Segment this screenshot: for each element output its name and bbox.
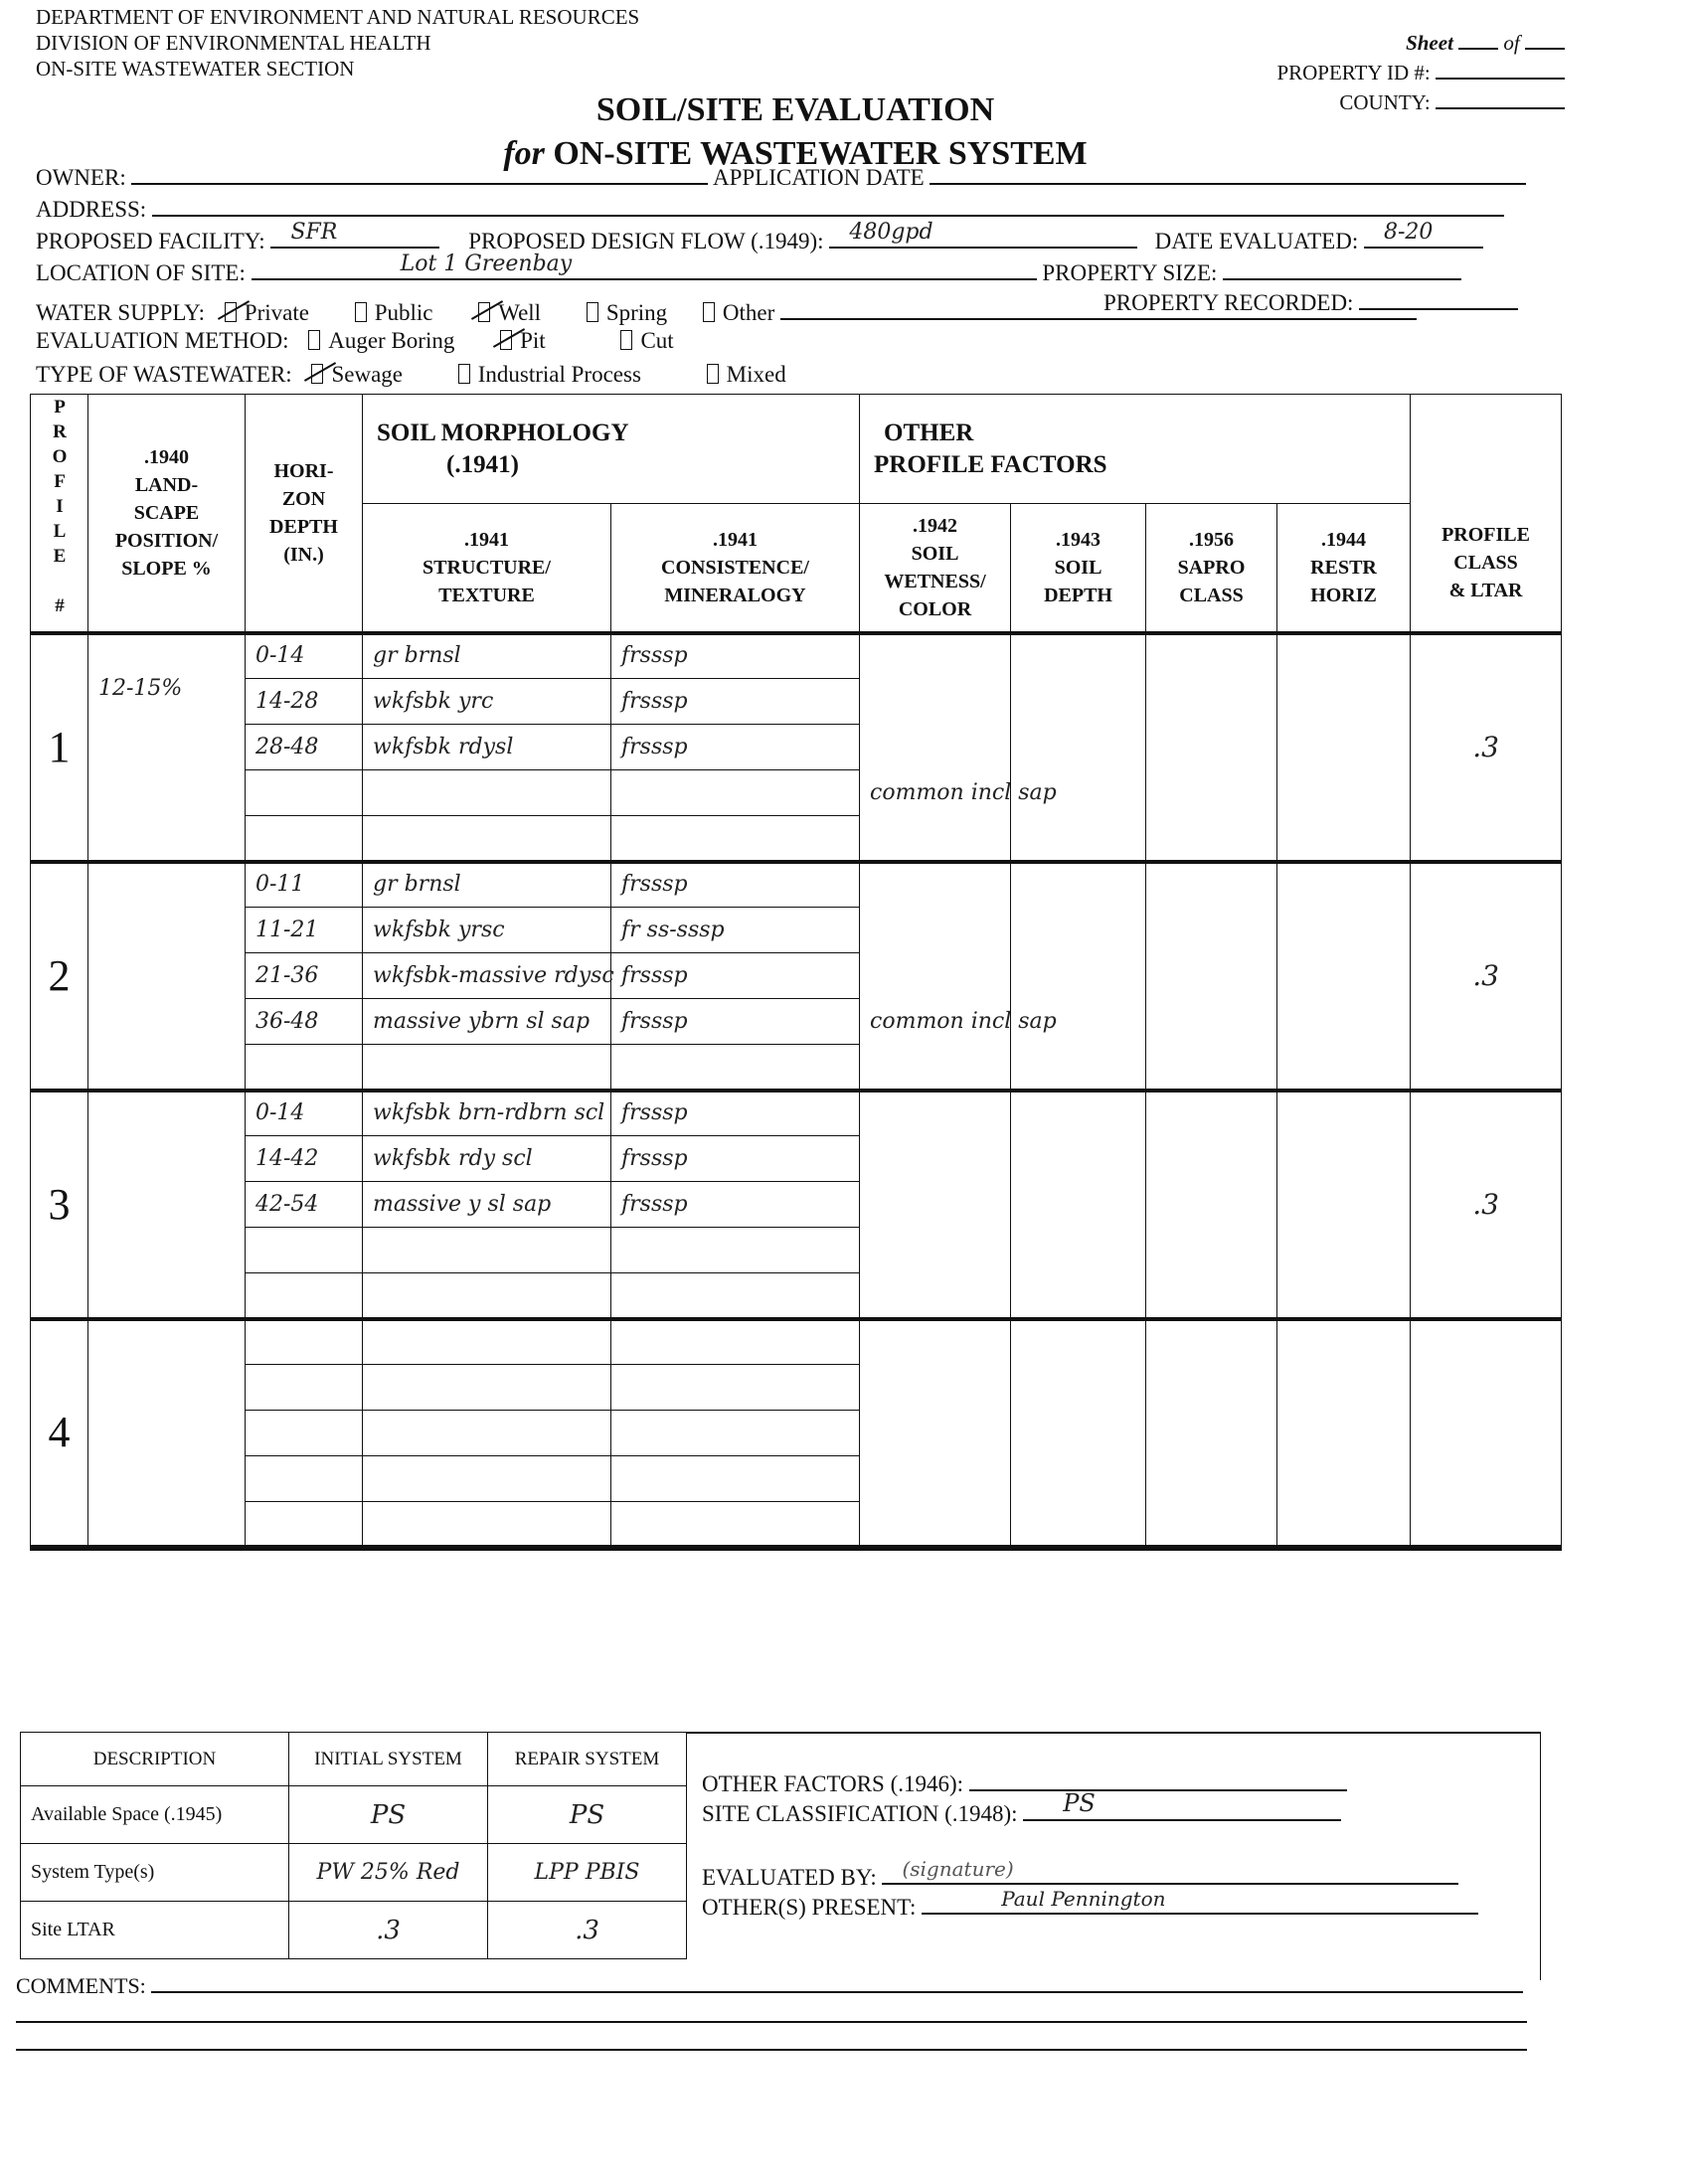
profile-number: 2 xyxy=(31,862,88,1091)
landscape-slope-cell[interactable]: 12-15% xyxy=(88,633,246,862)
landscape-slope-cell[interactable] xyxy=(88,1319,246,1548)
horizon-depth-cell[interactable]: 0-14 xyxy=(246,633,363,679)
property-size-field[interactable] xyxy=(1223,258,1461,280)
summary-header-description: DESCRIPTION xyxy=(21,1733,289,1786)
horizon-depth-cell[interactable] xyxy=(246,1456,363,1502)
horizon-depth-cell[interactable] xyxy=(246,1365,363,1411)
sheet-number-field[interactable] xyxy=(1458,32,1498,50)
consistence-mineralogy-cell[interactable]: frsssp xyxy=(611,633,860,679)
checkbox-auger-boring[interactable] xyxy=(308,330,320,350)
evaluated-by-label: EVALUATED BY: xyxy=(702,1865,877,1890)
checkbox-industrial-process[interactable] xyxy=(458,364,470,384)
location-row: LOCATION OF SITE: Lot 1 Greenbay PROPERT… xyxy=(36,258,1461,286)
summary-header-repair: REPAIR SYSTEM xyxy=(488,1733,687,1786)
application-date-label: APPLICATION DATE xyxy=(713,165,925,190)
header-profile-number: PROFILE # xyxy=(31,395,88,633)
header-horizon-depth: HORI-ZONDEPTH(IN.) xyxy=(246,395,363,633)
checkbox-public[interactable] xyxy=(355,302,367,322)
available-space-repair[interactable]: PS xyxy=(488,1786,687,1844)
horizon-depth-cell[interactable] xyxy=(246,816,363,862)
agency-header: DEPARTMENT OF ENVIRONMENT AND NATURAL RE… xyxy=(36,4,639,82)
header-landscape: .1940LAND-SCAPEPOSITION/SLOPE % xyxy=(88,395,246,633)
consistence-mineralogy-cell[interactable]: fr ss-sssp xyxy=(611,908,860,953)
summary-header-initial: INITIAL SYSTEM xyxy=(289,1733,488,1786)
owner-label: OWNER: xyxy=(36,165,126,190)
consistence-mineralogy-cell[interactable]: frsssp xyxy=(611,1091,860,1136)
table-row: 20-11gr brnslfrssspcommon incl sap.3 xyxy=(31,862,1562,908)
other-water-supply-field[interactable] xyxy=(780,298,1417,320)
agency-line: DEPARTMENT OF ENVIRONMENT AND NATURAL RE… xyxy=(36,4,639,30)
checkbox-pit[interactable] xyxy=(500,330,512,350)
horizon-depth-cell[interactable]: 42-54 xyxy=(246,1182,363,1228)
landscape-slope-cell[interactable] xyxy=(88,1091,246,1319)
consistence-mineralogy-cell[interactable] xyxy=(611,1228,860,1273)
header-structure-texture: .1941STRUCTURE/TEXTURE xyxy=(363,504,611,633)
consistence-mineralogy-cell[interactable] xyxy=(611,1319,860,1365)
horizon-depth-cell[interactable]: 0-14 xyxy=(246,1091,363,1136)
other-factors-label: OTHER FACTORS (.1946): xyxy=(702,1771,963,1796)
proposed-facility-field[interactable]: SFR xyxy=(270,227,439,249)
restr-horiz-cell[interactable] xyxy=(1277,862,1411,1091)
structure-texture-cell[interactable]: wkfsbk rdy scl xyxy=(363,1136,611,1182)
table-row: 30-14wkfsbk brn-rdbrn sclfrsssp.3 xyxy=(31,1091,1562,1136)
structure-texture-cell[interactable]: massive y sl sap xyxy=(363,1182,611,1228)
proposed-facility-label: PROPOSED FACILITY: xyxy=(36,229,265,253)
agency-line: ON-SITE WASTEWATER SECTION xyxy=(36,56,639,82)
structure-texture-cell[interactable] xyxy=(363,1502,611,1548)
site-classification-box: OTHER FACTORS (.1946): SITE CLASSIFICATI… xyxy=(686,1732,1541,1980)
table-row: 112-15%0-14gr brnslfrssspcommon incl sap… xyxy=(31,633,1562,679)
profile-class-ltar-cell[interactable]: .3 xyxy=(1411,1091,1562,1319)
soil-depth-cell[interactable] xyxy=(1011,1091,1146,1319)
restr-horiz-cell[interactable] xyxy=(1277,1091,1411,1319)
header-soil-depth: .1943SOILDEPTH xyxy=(1011,504,1146,633)
structure-texture-cell[interactable]: gr brnsl xyxy=(363,862,611,908)
horizon-depth-cell[interactable] xyxy=(246,1273,363,1319)
evaluation-method-label: EVALUATION METHOD: xyxy=(36,328,288,353)
soil-wetness-cell[interactable] xyxy=(860,1091,1011,1319)
landscape-slope-cell[interactable] xyxy=(88,862,246,1091)
header-other-profile-factors: OTHERPROFILE FACTORS xyxy=(860,395,1411,504)
consistence-mineralogy-cell[interactable] xyxy=(611,816,860,862)
consistence-mineralogy-cell[interactable]: frsssp xyxy=(611,1136,860,1182)
system-type-initial[interactable]: PW 25% Red xyxy=(289,1844,488,1902)
checkbox-sewage[interactable] xyxy=(311,364,323,384)
checkbox-private[interactable] xyxy=(225,302,237,322)
site-classification-field[interactable]: PS xyxy=(1023,1803,1341,1821)
horizon-depth-cell[interactable] xyxy=(246,1228,363,1273)
profile-number: 1 xyxy=(31,633,88,862)
horizon-depth-cell[interactable]: 21-36 xyxy=(246,953,363,999)
owner-field[interactable] xyxy=(131,163,708,185)
horizon-depth-cell[interactable] xyxy=(246,1045,363,1091)
horizon-depth-cell[interactable] xyxy=(246,1319,363,1365)
address-label: ADDRESS: xyxy=(36,197,146,222)
structure-texture-cell[interactable]: wkfsbk rdysl xyxy=(363,725,611,770)
address-field[interactable] xyxy=(152,195,1504,217)
property-id-label: PROPERTY ID #: xyxy=(1276,61,1430,84)
location-label: LOCATION OF SITE: xyxy=(36,260,246,285)
horizon-depth-cell[interactable]: 14-42 xyxy=(246,1136,363,1182)
header-consistence-mineralogy: .1941CONSISTENCE/MINERALOGY xyxy=(611,504,860,633)
property-id-field[interactable] xyxy=(1436,62,1565,80)
structure-texture-cell[interactable]: wkfsbk yrsc xyxy=(363,908,611,953)
checkbox-other[interactable] xyxy=(703,302,715,322)
structure-texture-cell[interactable]: massive ybrn sl sap xyxy=(363,999,611,1045)
others-present-field[interactable]: Paul Pennington xyxy=(922,1897,1478,1915)
sapro-class-cell[interactable] xyxy=(1146,1091,1277,1319)
facility-row: PROPOSED FACILITY: SFR PROPOSED DESIGN F… xyxy=(36,227,1483,254)
design-flow-label: PROPOSED DESIGN FLOW (.1949): xyxy=(468,229,823,253)
structure-texture-cell[interactable] xyxy=(363,1456,611,1502)
consistence-mineralogy-cell[interactable]: frsssp xyxy=(611,862,860,908)
profile-class-ltar-cell[interactable]: .3 xyxy=(1411,862,1562,1091)
comments-section: COMMENTS: xyxy=(16,1973,1527,2051)
profile-number: 4 xyxy=(31,1319,88,1548)
consistence-mineralogy-cell[interactable]: frsssp xyxy=(611,999,860,1045)
wastewater-type-row: TYPE OF WASTEWATER: Sewage Industrial Pr… xyxy=(36,362,786,388)
consistence-mineralogy-cell[interactable] xyxy=(611,770,860,816)
horizon-depth-cell[interactable] xyxy=(246,770,363,816)
horizon-depth-cell[interactable]: 0-11 xyxy=(246,862,363,908)
restr-horiz-cell[interactable] xyxy=(1277,1319,1411,1548)
structure-texture-cell[interactable] xyxy=(363,1273,611,1319)
owner-row: OWNER: APPLICATION DATE xyxy=(36,163,1526,191)
soil-profile-table: PROFILE # .1940LAND-SCAPEPOSITION/SLOPE … xyxy=(30,394,1562,1551)
checkbox-well[interactable] xyxy=(478,302,490,322)
summary-row: System Type(s) PW 25% Red LPP PBIS xyxy=(21,1844,687,1902)
structure-texture-cell[interactable]: wkfsbk yrc xyxy=(363,679,611,725)
sheet-total-field[interactable] xyxy=(1525,32,1565,50)
site-ltar-initial[interactable]: .3 xyxy=(289,1902,488,1959)
site-ltar-repair[interactable]: .3 xyxy=(488,1902,687,1959)
sheet-of-label: of xyxy=(1503,31,1519,55)
header-profile-class: PROFILECLASS& LTAR xyxy=(1411,395,1562,633)
profile-number: 3 xyxy=(31,1091,88,1319)
horizon-depth-cell[interactable]: 14-28 xyxy=(246,679,363,725)
soil-wetness-cell[interactable]: common incl sap xyxy=(860,862,1011,1091)
structure-texture-cell[interactable] xyxy=(363,1228,611,1273)
available-space-initial[interactable]: PS xyxy=(289,1786,488,1844)
page-title: SOIL/SITE EVALUATION xyxy=(0,91,1591,129)
horizon-depth-cell[interactable]: 36-48 xyxy=(246,999,363,1045)
header-sapro-class: .1956SAPROCLASS xyxy=(1146,504,1277,633)
structure-texture-cell[interactable] xyxy=(363,1045,611,1091)
date-evaluated-label: DATE EVALUATED: xyxy=(1155,229,1359,253)
address-row: ADDRESS: xyxy=(36,195,1504,223)
structure-texture-cell[interactable]: wkfsbk brn-rdbrn scl xyxy=(363,1091,611,1136)
consistence-mineralogy-cell[interactable] xyxy=(611,1502,860,1548)
agency-line: DIVISION OF ENVIRONMENTAL HEALTH xyxy=(36,30,639,56)
evaluated-by-field[interactable]: (signature) xyxy=(882,1867,1458,1885)
comments-field[interactable] xyxy=(151,1975,1523,1993)
checkbox-cut[interactable] xyxy=(620,330,632,350)
restr-horiz-cell[interactable] xyxy=(1277,633,1411,862)
other-factors-field[interactable] xyxy=(969,1773,1347,1791)
soil-depth-cell[interactable] xyxy=(1011,633,1146,862)
structure-texture-cell[interactable] xyxy=(363,1365,611,1411)
soil-wetness-cell[interactable]: common incl sap xyxy=(860,633,1011,862)
property-size-label: PROPERTY SIZE: xyxy=(1042,260,1217,285)
profile-class-ltar-cell[interactable] xyxy=(1411,1319,1562,1548)
summary-row: Site LTAR .3 .3 xyxy=(21,1902,687,1959)
system-summary-table: DESCRIPTION INITIAL SYSTEM REPAIR SYSTEM… xyxy=(20,1732,687,1959)
others-present-label: OTHER(S) PRESENT: xyxy=(702,1895,916,1920)
design-flow-field[interactable]: 480gpd xyxy=(829,227,1137,249)
checkbox-spring[interactable] xyxy=(587,302,598,322)
comments-label: COMMENTS: xyxy=(16,1973,146,1998)
sapro-class-cell[interactable] xyxy=(1146,862,1277,1091)
consistence-mineralogy-cell[interactable]: frsssp xyxy=(611,1182,860,1228)
consistence-mineralogy-cell[interactable] xyxy=(611,1273,860,1319)
location-field[interactable]: Lot 1 Greenbay xyxy=(252,258,1037,280)
application-date-field[interactable] xyxy=(930,163,1526,185)
water-supply-label: WATER SUPPLY: xyxy=(36,300,205,325)
structure-texture-cell[interactable] xyxy=(363,770,611,816)
summary-row: Available Space (.1945) PS PS xyxy=(21,1786,687,1844)
system-type-repair[interactable]: LPP PBIS xyxy=(488,1844,687,1902)
consistence-mineralogy-cell[interactable] xyxy=(611,1456,860,1502)
site-classification-label: SITE CLASSIFICATION (.1948): xyxy=(702,1801,1018,1826)
header-soil-morphology: SOIL MORPHOLOGY(.1941) xyxy=(363,395,860,504)
sheet-label: Sheet xyxy=(1406,31,1453,55)
header-soil-wetness: .1942SOILWETNESS/COLOR xyxy=(860,504,1011,633)
date-evaluated-field[interactable]: 8-20 xyxy=(1364,227,1483,249)
water-supply-row: WATER SUPPLY: Private Public Well Spring… xyxy=(36,298,1417,326)
consistence-mineralogy-cell[interactable] xyxy=(611,1411,860,1456)
wastewater-type-label: TYPE OF WASTEWATER: xyxy=(36,362,292,387)
soil-depth-cell[interactable] xyxy=(1011,862,1146,1091)
structure-texture-cell[interactable]: gr brnsl xyxy=(363,633,611,679)
sapro-class-cell[interactable] xyxy=(1146,633,1277,862)
consistence-mineralogy-cell[interactable] xyxy=(611,1365,860,1411)
evaluation-method-row: EVALUATION METHOD: Auger Boring Pit Cut xyxy=(36,328,674,354)
sapro-class-cell[interactable] xyxy=(1146,1319,1277,1548)
table-row: 4 xyxy=(31,1319,1562,1365)
consistence-mineralogy-cell[interactable] xyxy=(611,1045,860,1091)
profile-class-ltar-cell[interactable]: .3 xyxy=(1411,633,1562,862)
consistence-mineralogy-cell[interactable]: frsssp xyxy=(611,953,860,999)
comments-line[interactable] xyxy=(16,2049,1527,2051)
horizon-depth-cell[interactable] xyxy=(246,1411,363,1456)
structure-texture-cell[interactable] xyxy=(363,816,611,862)
horizon-depth-cell[interactable]: 11-21 xyxy=(246,908,363,953)
comments-line[interactable] xyxy=(16,2021,1527,2023)
header-restr-horiz: .1944RESTRHORIZ xyxy=(1277,504,1411,633)
soil-wetness-cell[interactable] xyxy=(860,1319,1011,1548)
horizon-depth-cell[interactable] xyxy=(246,1502,363,1548)
horizon-depth-cell[interactable]: 28-48 xyxy=(246,725,363,770)
structure-texture-cell[interactable]: wkfsbk-massive rdysc xyxy=(363,953,611,999)
consistence-mineralogy-cell[interactable]: frsssp xyxy=(611,679,860,725)
structure-texture-cell[interactable] xyxy=(363,1319,611,1365)
soil-depth-cell[interactable] xyxy=(1011,1319,1146,1548)
structure-texture-cell[interactable] xyxy=(363,1411,611,1456)
consistence-mineralogy-cell[interactable]: frsssp xyxy=(611,725,860,770)
checkbox-mixed[interactable] xyxy=(707,364,719,384)
